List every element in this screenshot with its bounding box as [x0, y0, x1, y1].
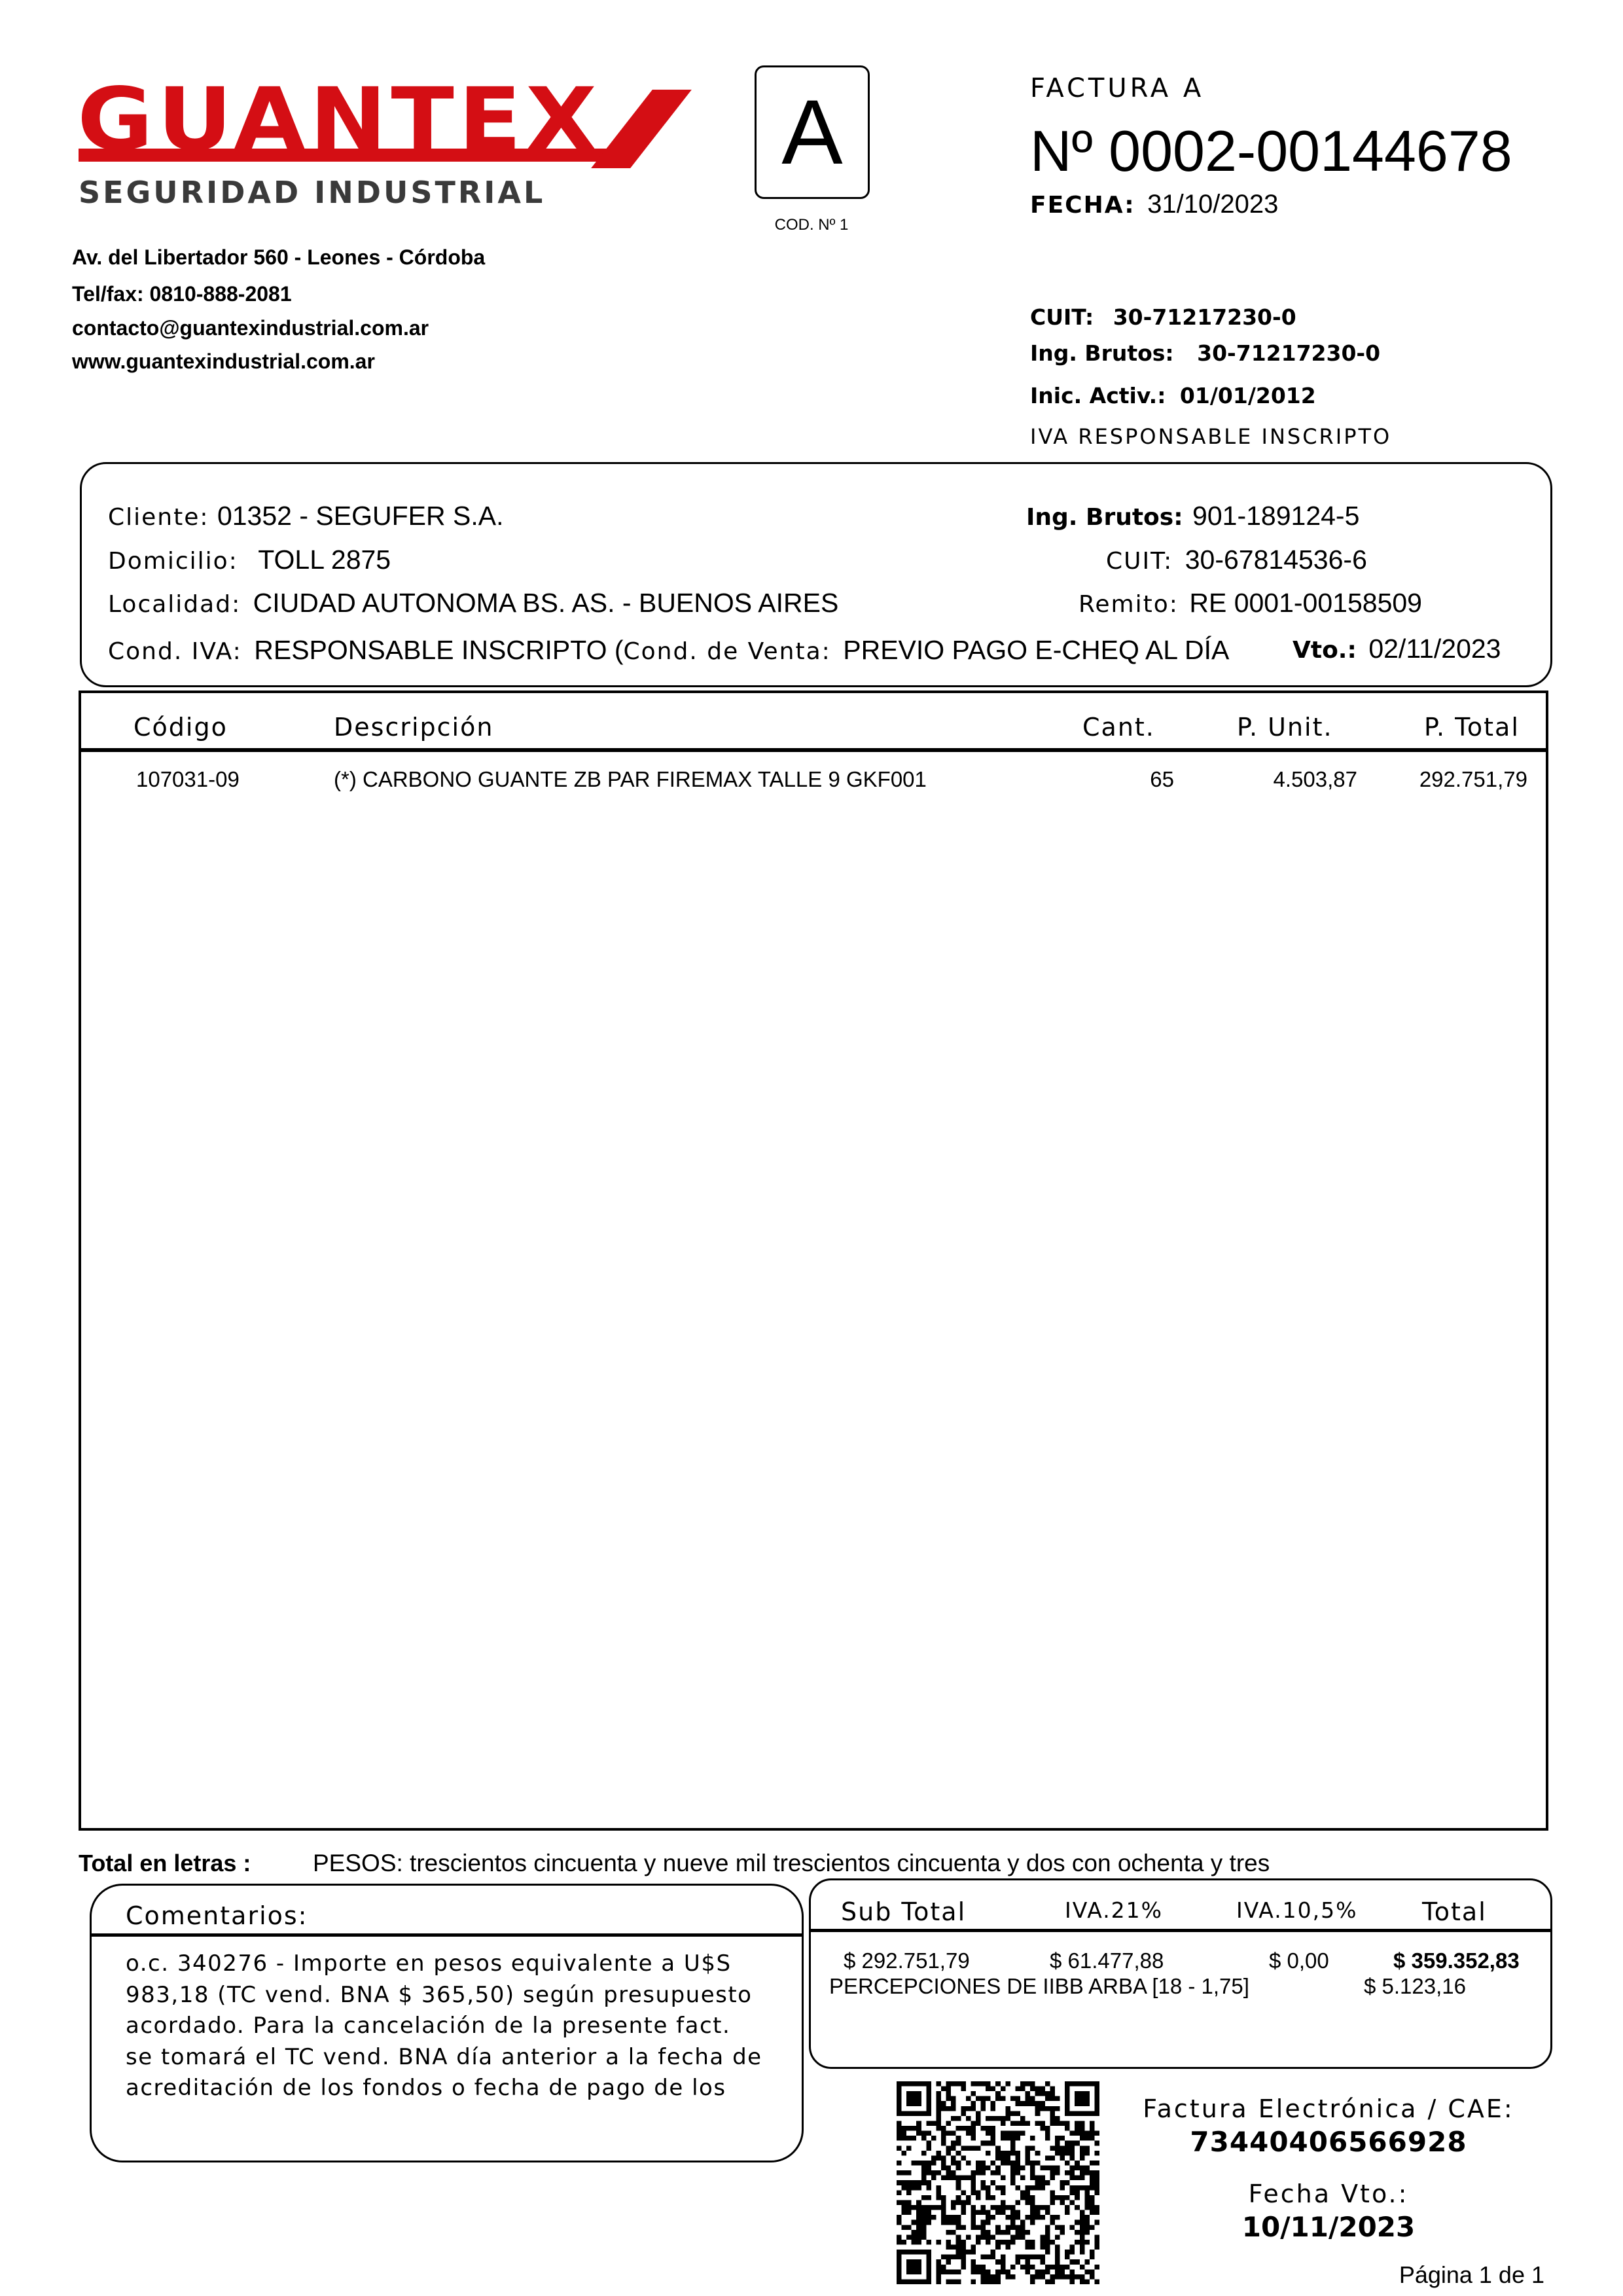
comments-divider [92, 1933, 802, 1937]
issuer-cuit-label: CUIT: [1030, 304, 1094, 330]
cell-p-unit: 4.503,87 [1226, 767, 1357, 792]
col-header-p-total: P. Total [1424, 713, 1520, 742]
cell-codigo: 107031-09 [136, 767, 240, 792]
subtotal-value: $ 292.751,79 [844, 1948, 970, 1973]
comment-line: se tomará el TC vend. BNA día anterior a… [126, 2042, 787, 2073]
localidad-value: CIUDAD AUTONOMA BS. AS. - BUENOS AIRES [253, 588, 839, 618]
client-cuit-value: 30-67814536-6 [1185, 545, 1367, 575]
col-header-codigo: Código [134, 713, 228, 742]
comments-title: Comentarios: [126, 1901, 308, 1930]
cae-number: 73440406566928 [1113, 2126, 1544, 2158]
cond-venta-label: Cond. de Venta: [624, 638, 831, 665]
cell-cant: 65 [1102, 767, 1174, 792]
client-name: 01352 - SEGUFER S.A. [217, 501, 504, 531]
issuer-ing-brutos-label: Ing. Brutos: [1030, 340, 1174, 366]
vto-row: Vto.: 02/11/2023 [1293, 634, 1501, 664]
total-value: $ 359.352,83 [1393, 1948, 1520, 1973]
percepcion-value: $ 5.123,16 [1364, 1974, 1466, 1999]
issuer-iva-condition: IVA RESPONSABLE INSCRIPTO [1030, 424, 1391, 449]
client-label: Cliente: [108, 504, 209, 531]
client-ing-brutos-value: 901-189124-5 [1192, 501, 1359, 531]
client-cuit-label: CUIT: [1106, 548, 1173, 575]
company-logo: GUANTEX SEGURIDAD INDUSTRIAL [72, 82, 661, 219]
client-row: Cliente: 01352 - SEGUFER S.A. [108, 501, 503, 531]
total-letras-label: Total en letras : [79, 1850, 251, 1877]
totals-divider [811, 1929, 1550, 1932]
comments-box: Comentarios: o.c. 340276 - Importe en pe… [90, 1884, 804, 2162]
invoice-type-title: FACTURA A [1030, 73, 1204, 103]
cae-fecha-vto-label: Fecha Vto.: [1113, 2179, 1544, 2208]
cond-row: Cond. IVA: RESPONSABLE INSCRIPTO (Cond. … [108, 635, 1229, 666]
comment-line: 983,18 (TC vend. BNA $ 365,50) según pre… [126, 1980, 787, 2011]
issuer-inic-activ-label: Inic. Activ.: [1030, 383, 1166, 408]
localidad-row: Localidad: CIUDAD AUTONOMA BS. AS. - BUE… [108, 588, 838, 619]
invoice-letter: A [757, 67, 868, 197]
qr-code-icon[interactable] [897, 2081, 1099, 2284]
invoice-number: Nº 0002-00144678 [1030, 118, 1512, 185]
localidad-label: Localidad: [108, 591, 241, 618]
col-header-cant: Cant. [1082, 713, 1155, 742]
vto-value: 02/11/2023 [1368, 634, 1501, 664]
domicilio-label: Domicilio: [108, 548, 238, 575]
iva21-header: IVA.21% [1065, 1897, 1163, 1923]
items-table: Código Descripción Cant. P. Unit. P. Tot… [79, 691, 1548, 1831]
client-ing-brutos-label: Ing. Brutos: [1026, 504, 1183, 531]
issuer-ing-brutos: 30-71217230-0 [1197, 340, 1380, 366]
issuer-inic-activ: 01/01/2012 [1180, 383, 1316, 408]
client-ing-brutos-row: Ing. Brutos: 901-189124-5 [1026, 501, 1359, 531]
iva105-value: $ 0,00 [1269, 1948, 1329, 1973]
issuer-cuit-row: CUIT: 30-71217230-0 [1030, 304, 1296, 330]
invoice-date: 31/10/2023 [1147, 190, 1278, 219]
col-header-p-unit: P. Unit. [1237, 713, 1333, 742]
iva21-value: $ 61.477,88 [1050, 1948, 1164, 1973]
issuer-inic-activ-row: Inic. Activ.: 01/01/2012 [1030, 383, 1316, 408]
issuer-website[interactable]: www.guantexindustrial.com.ar [72, 351, 375, 372]
col-header-descripcion: Descripción [334, 713, 493, 742]
comment-line: acordado. Para la cancelación de la pres… [126, 2011, 787, 2042]
percepcion-label: PERCEPCIONES DE IIBB ARBA [18 - 1,75] [829, 1974, 1249, 1999]
invoice-date-row: FECHA: 31/10/2023 [1030, 190, 1278, 219]
remito-row: Remito: RE 0001-00158509 [1079, 588, 1422, 619]
comment-line: o.c. 340276 - Importe en pesos equivalen… [126, 1948, 787, 1980]
remito-label: Remito: [1079, 591, 1179, 618]
issuer-phone: Tel/fax: 0810-888-2081 [72, 283, 292, 304]
subtotal-header: Sub Total [841, 1897, 966, 1926]
domicilio-value: TOLL 2875 [258, 545, 391, 575]
cell-descripcion: (*) CARBONO GUANTE ZB PAR FIREMAX TALLE … [334, 767, 927, 792]
cond-iva-value: RESPONSABLE INSCRIPTO ( [254, 635, 623, 665]
issuer-email[interactable]: contacto@guantexindustrial.com.ar [72, 317, 429, 338]
comments-body: o.c. 340276 - Importe en pesos equivalen… [126, 1948, 787, 2104]
cae-label: Factura Electrónica / CAE: [1113, 2094, 1544, 2123]
issuer-ing-brutos-row: Ing. Brutos: 30-71217230-0 [1030, 340, 1380, 366]
domicilio-row: Domicilio: TOLL 2875 [108, 545, 391, 575]
page-number: Página 1 de 1 [1309, 2261, 1544, 2289]
remito-value: RE 0001-00158509 [1189, 588, 1422, 618]
logo-tagline: SEGURIDAD INDUSTRIAL [79, 177, 545, 207]
invoice-cod: COD. Nº 1 [753, 216, 870, 234]
cond-iva-label: Cond. IVA: [108, 638, 242, 665]
items-table-header: Código Descripción Cant. P. Unit. P. Tot… [81, 693, 1546, 752]
cell-p-total: 292.751,79 [1383, 767, 1527, 792]
totals-box: Sub Total IVA.21% IVA.10,5% Total $ 292.… [809, 1878, 1552, 2069]
vto-label: Vto.: [1293, 637, 1357, 664]
iva105-header: IVA.10,5% [1236, 1897, 1358, 1923]
comment-line: acreditación de los fondos o fecha de pa… [126, 2073, 787, 2104]
client-cuit-row: CUIT: 30-67814536-6 [1106, 545, 1367, 575]
total-header: Total [1422, 1897, 1487, 1926]
invoice-letter-box: A [755, 65, 870, 199]
issuer-cuit: 30-71217230-0 [1113, 304, 1296, 330]
cond-venta-value: PREVIO PAGO E-CHEQ AL DÍA [843, 635, 1229, 665]
logo-underline-bar [79, 149, 635, 162]
total-letras-value: PESOS: trescientos cincuenta y nueve mil… [313, 1850, 1270, 1877]
invoice-date-label: FECHA: [1030, 192, 1135, 219]
issuer-address: Av. del Libertador 560 - Leones - Córdob… [72, 247, 485, 268]
cae-fecha-vto: 10/11/2023 [1113, 2211, 1544, 2243]
